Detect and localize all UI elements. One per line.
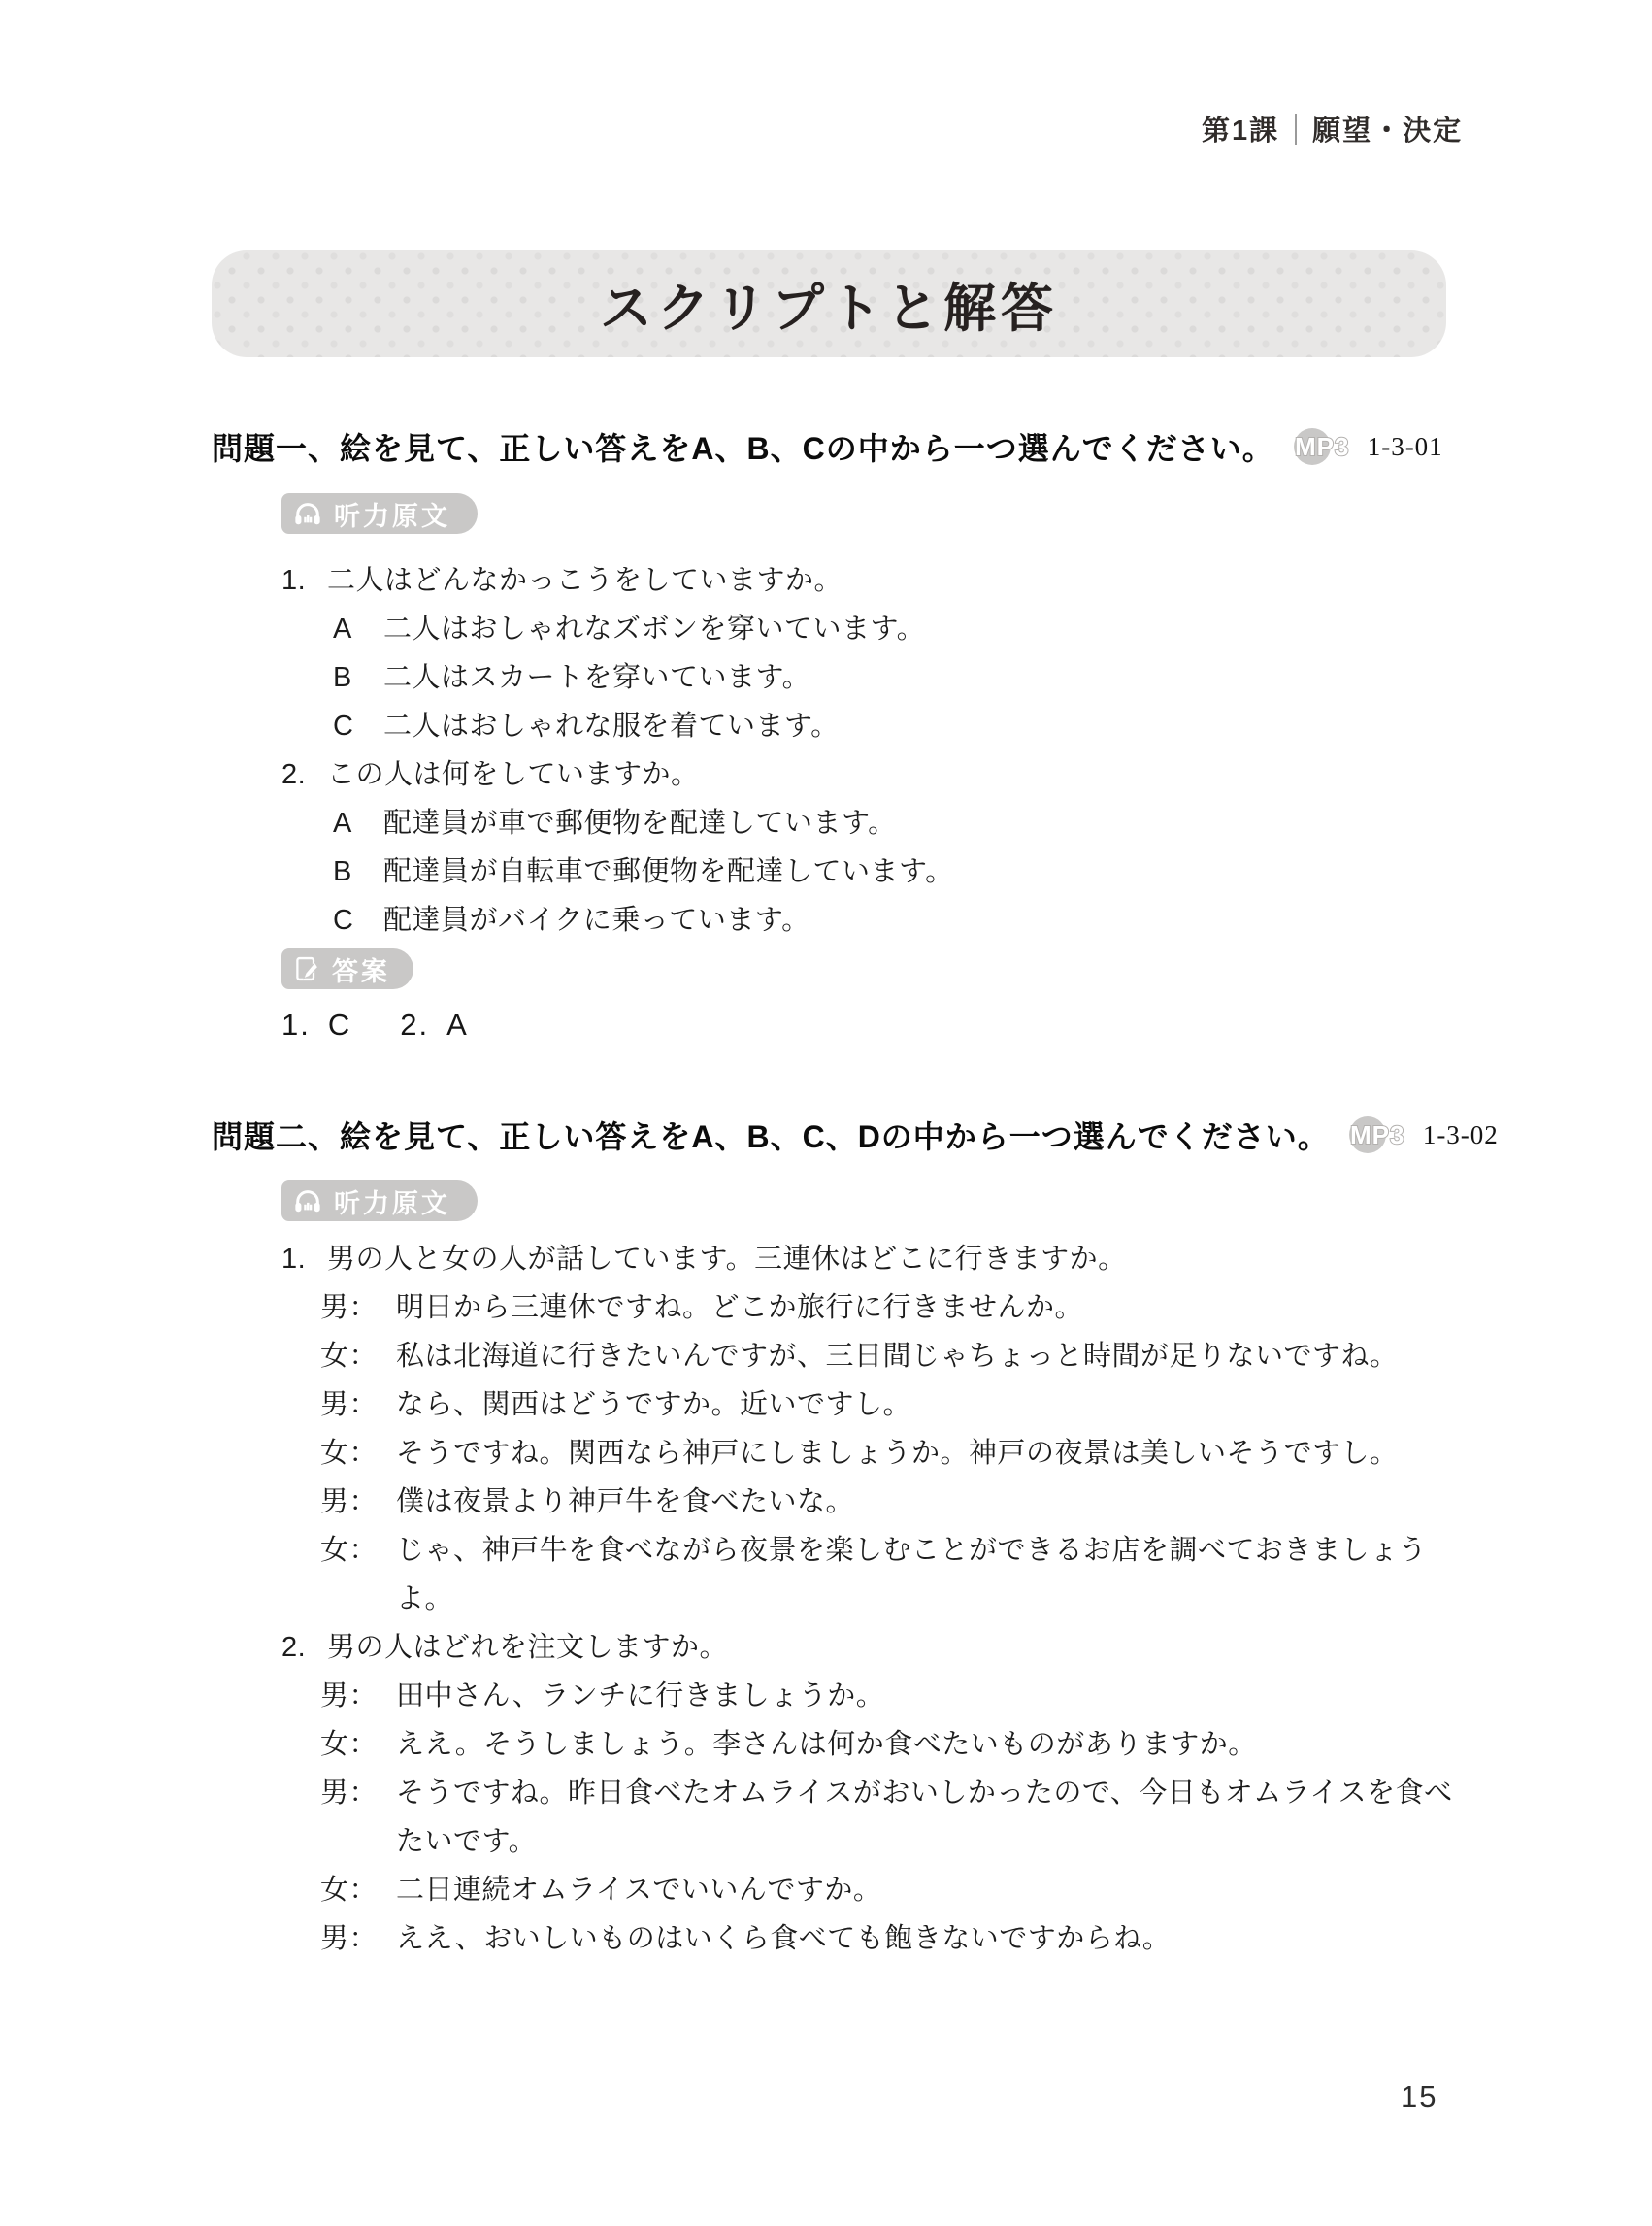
dialogue-text: 二日連続オムライスでいいんですか。 [396, 1866, 1464, 1914]
dialogue-text: 僕は夜景より神戸牛を食べたいな。 [396, 1478, 1464, 1526]
question-text: この人は何をしていますか。 [327, 750, 700, 799]
question-row: 1. 二人はどんなかっこうをしていますか。 [281, 556, 1446, 605]
answers-row: 1. C 2. A [281, 1008, 517, 1043]
problem1-heading-text: 問題一、絵を見て、正しい答えをA、B、Cの中から一つ選んでください。 [212, 424, 1274, 469]
speaker-label: 男： [320, 1914, 396, 1963]
option-letter: C [333, 896, 383, 945]
page-title: スクリプトと解答 [600, 267, 1058, 342]
item-number: 2. [281, 750, 327, 799]
option-row: B 配達員が自転車で郵便物を配達しています。 [333, 847, 1446, 896]
dialogue-line: 男： なら、関西はどうですか。近いですし。 [320, 1380, 1470, 1429]
mp3-track-number-2: 1-3-02 [1423, 1120, 1499, 1150]
question-row: 2. この人は何をしていますか。 [281, 750, 1446, 799]
headphones-icon [293, 1186, 322, 1215]
dialogue-intro-row: 2. 男の人はどれを注文しますか。 [281, 1623, 1470, 1672]
textbook-page: 第1課 願望・決定 スクリプトと解答 問題一、絵を見て、正しい答えをA、B、Cの… [0, 0, 1652, 2226]
item-number: 1. [281, 556, 327, 605]
mp3-icon: MP3 [1292, 426, 1360, 467]
section-title: 願望・決定 [1312, 109, 1463, 149]
dialogue-line: 女： そうですね。関西なら神戸にしましょうか。神戸の夜景は美しいそうですし。 [320, 1429, 1470, 1478]
dialogue-text: そうですね。関西なら神戸にしましょうか。神戸の夜景は美しいそうですし。 [396, 1429, 1464, 1478]
speaker-label: 女： [320, 1429, 396, 1478]
dialogue-line: 男： 田中さん、ランチに行きましょうか。 [320, 1672, 1470, 1720]
script-tag-1: 听力原文 [281, 493, 478, 534]
speaker-label: 男： [320, 1672, 396, 1720]
option-row: B 二人はスカートを穿いています。 [333, 653, 1446, 702]
dialogue-line: 女： ええ。そうしましょう。李さんは何か食べたいものがありますか。 [320, 1720, 1470, 1769]
dialogue-line: 女： じゃ、神戸牛を食べながら夜景を楽しむことができるお店を調べておきましょうよ… [320, 1526, 1470, 1623]
dialogue-intro: 男の人と女の人が話しています。三連休はどこに行きますか。 [327, 1235, 1127, 1283]
mp3-label: MP3 [1350, 1120, 1404, 1149]
option-letter: B [333, 847, 383, 896]
dialogue-text: 私は北海道に行きたいんですが、三日間じゃちょっと時間が足りないですね。 [396, 1332, 1464, 1380]
problem2-heading-text: 問題二、絵を見て、正しい答えをA、B、C、Dの中から一つ選んでください。 [212, 1113, 1330, 1157]
option-text: 二人はスカートを穿いています。 [383, 653, 810, 702]
speaker-label: 女： [320, 1526, 396, 1623]
mp3-track-number-1: 1-3-01 [1368, 432, 1443, 462]
dialogue-text: なら、関西はどうですか。近いですし。 [396, 1380, 1464, 1429]
speaker-label: 女： [320, 1866, 396, 1914]
memo-icon [293, 955, 320, 982]
problem1-script: 1. 二人はどんなかっこうをしていますか。 A 二人はおしゃれなズボンを穿いてい… [281, 556, 1446, 945]
answer-number: 1. [281, 1008, 311, 1043]
speaker-label: 男： [320, 1283, 396, 1332]
option-letter: B [333, 653, 383, 702]
answer-tag-label: 答案 [332, 950, 390, 988]
problem2-script: 1. 男の人と女の人が話しています。三連休はどこに行きますか。 男： 明日から三… [281, 1235, 1470, 1963]
dialogue-line: 男： そうですね。昨日食べたオムライスがおいしかったので、今日もオムライスを食べ… [320, 1769, 1470, 1866]
answer-number: 2. [400, 1008, 429, 1043]
speaker-label: 女： [320, 1332, 396, 1380]
headphones-icon [293, 499, 322, 528]
mp3-badge-2: MP3 1-3-02 [1347, 1114, 1499, 1155]
option-text: 二人はおしゃれな服を着ています。 [383, 702, 840, 750]
item-number: 1. [281, 1235, 327, 1283]
problem1-heading: 問題一、絵を見て、正しい答えをA、B、Cの中から一つ選んでください。 MP3 1… [212, 424, 1443, 469]
option-letter: C [333, 702, 383, 750]
chapter-header: 第1課 願望・決定 [1202, 109, 1463, 149]
dialogue-text: そうですね。昨日食べたオムライスがおいしかったので、今日もオムライスを食べたいで… [396, 1769, 1464, 1866]
option-text: 配達員が自転車で郵便物を配達しています。 [383, 847, 954, 896]
option-text: 配達員がバイクに乗っています。 [383, 896, 810, 945]
answer-value: C [328, 1008, 351, 1043]
speaker-label: 男： [320, 1380, 396, 1429]
option-row: A 配達員が車で郵便物を配達しています。 [333, 799, 1446, 847]
item-number: 2. [281, 1623, 327, 1672]
script-tag-label: 听力原文 [334, 495, 450, 533]
dialogue-line: 男： 僕は夜景より神戸牛を食べたいな。 [320, 1478, 1470, 1526]
dialogue-text: 田中さん、ランチに行きましょうか。 [396, 1672, 1464, 1720]
mp3-badge-1: MP3 1-3-01 [1292, 426, 1443, 467]
chapter-divider [1295, 114, 1297, 145]
dialogue-line: 男： ええ、おいしいものはいくら食べても飽きないですからね。 [320, 1914, 1470, 1963]
speaker-label: 女： [320, 1720, 396, 1769]
mp3-label: MP3 [1295, 432, 1349, 461]
speaker-label: 男： [320, 1769, 396, 1866]
dialogue-text: 明日から三連休ですね。どこか旅行に行きませんか。 [396, 1283, 1464, 1332]
option-row: A 二人はおしゃれなズボンを穿いています。 [333, 605, 1446, 653]
option-letter: A [333, 799, 383, 847]
chapter-label: 第1課 [1202, 109, 1279, 149]
dialogue-text: ええ、おいしいものはいくら食べても飽きないですからね。 [396, 1914, 1464, 1963]
problem2-heading: 問題二、絵を見て、正しい答えをA、B、C、Dの中から一つ選んでください。 MP3… [212, 1113, 1499, 1157]
option-text: 配達員が車で郵便物を配達しています。 [383, 799, 897, 847]
option-row: C 二人はおしゃれな服を着ています。 [333, 702, 1446, 750]
dialogue-intro-row: 1. 男の人と女の人が話しています。三連休はどこに行きますか。 [281, 1235, 1470, 1283]
page-number: 15 [1401, 2079, 1437, 2114]
mp3-icon: MP3 [1347, 1114, 1415, 1155]
dialogue-line: 女： 私は北海道に行きたいんですが、三日間じゃちょっと時間が足りないですね。 [320, 1332, 1470, 1380]
dialogue-text: じゃ、神戸牛を食べながら夜景を楽しむことができるお店を調べておきましょうよ。 [396, 1526, 1464, 1623]
answer-value: A [446, 1008, 469, 1043]
script-tag-label: 听力原文 [334, 1182, 450, 1220]
script-tag-2: 听力原文 [281, 1180, 478, 1221]
speaker-label: 男： [320, 1478, 396, 1526]
option-row: C 配達員がバイクに乗っています。 [333, 896, 1446, 945]
answer-tag: 答案 [281, 948, 413, 989]
title-banner: スクリプトと解答 [212, 250, 1446, 357]
option-text: 二人はおしゃれなズボンを穿いています。 [383, 605, 925, 653]
dialogue-line: 男： 明日から三連休ですね。どこか旅行に行きませんか。 [320, 1283, 1470, 1332]
question-text: 二人はどんなかっこうをしていますか。 [327, 556, 843, 605]
dialogue-text: ええ。そうしましょう。李さんは何か食べたいものがありますか。 [396, 1720, 1464, 1769]
dialogue-intro: 男の人はどれを注文しますか。 [327, 1623, 728, 1672]
dialogue-line: 女： 二日連続オムライスでいいんですか。 [320, 1866, 1470, 1914]
option-letter: A [333, 605, 383, 653]
